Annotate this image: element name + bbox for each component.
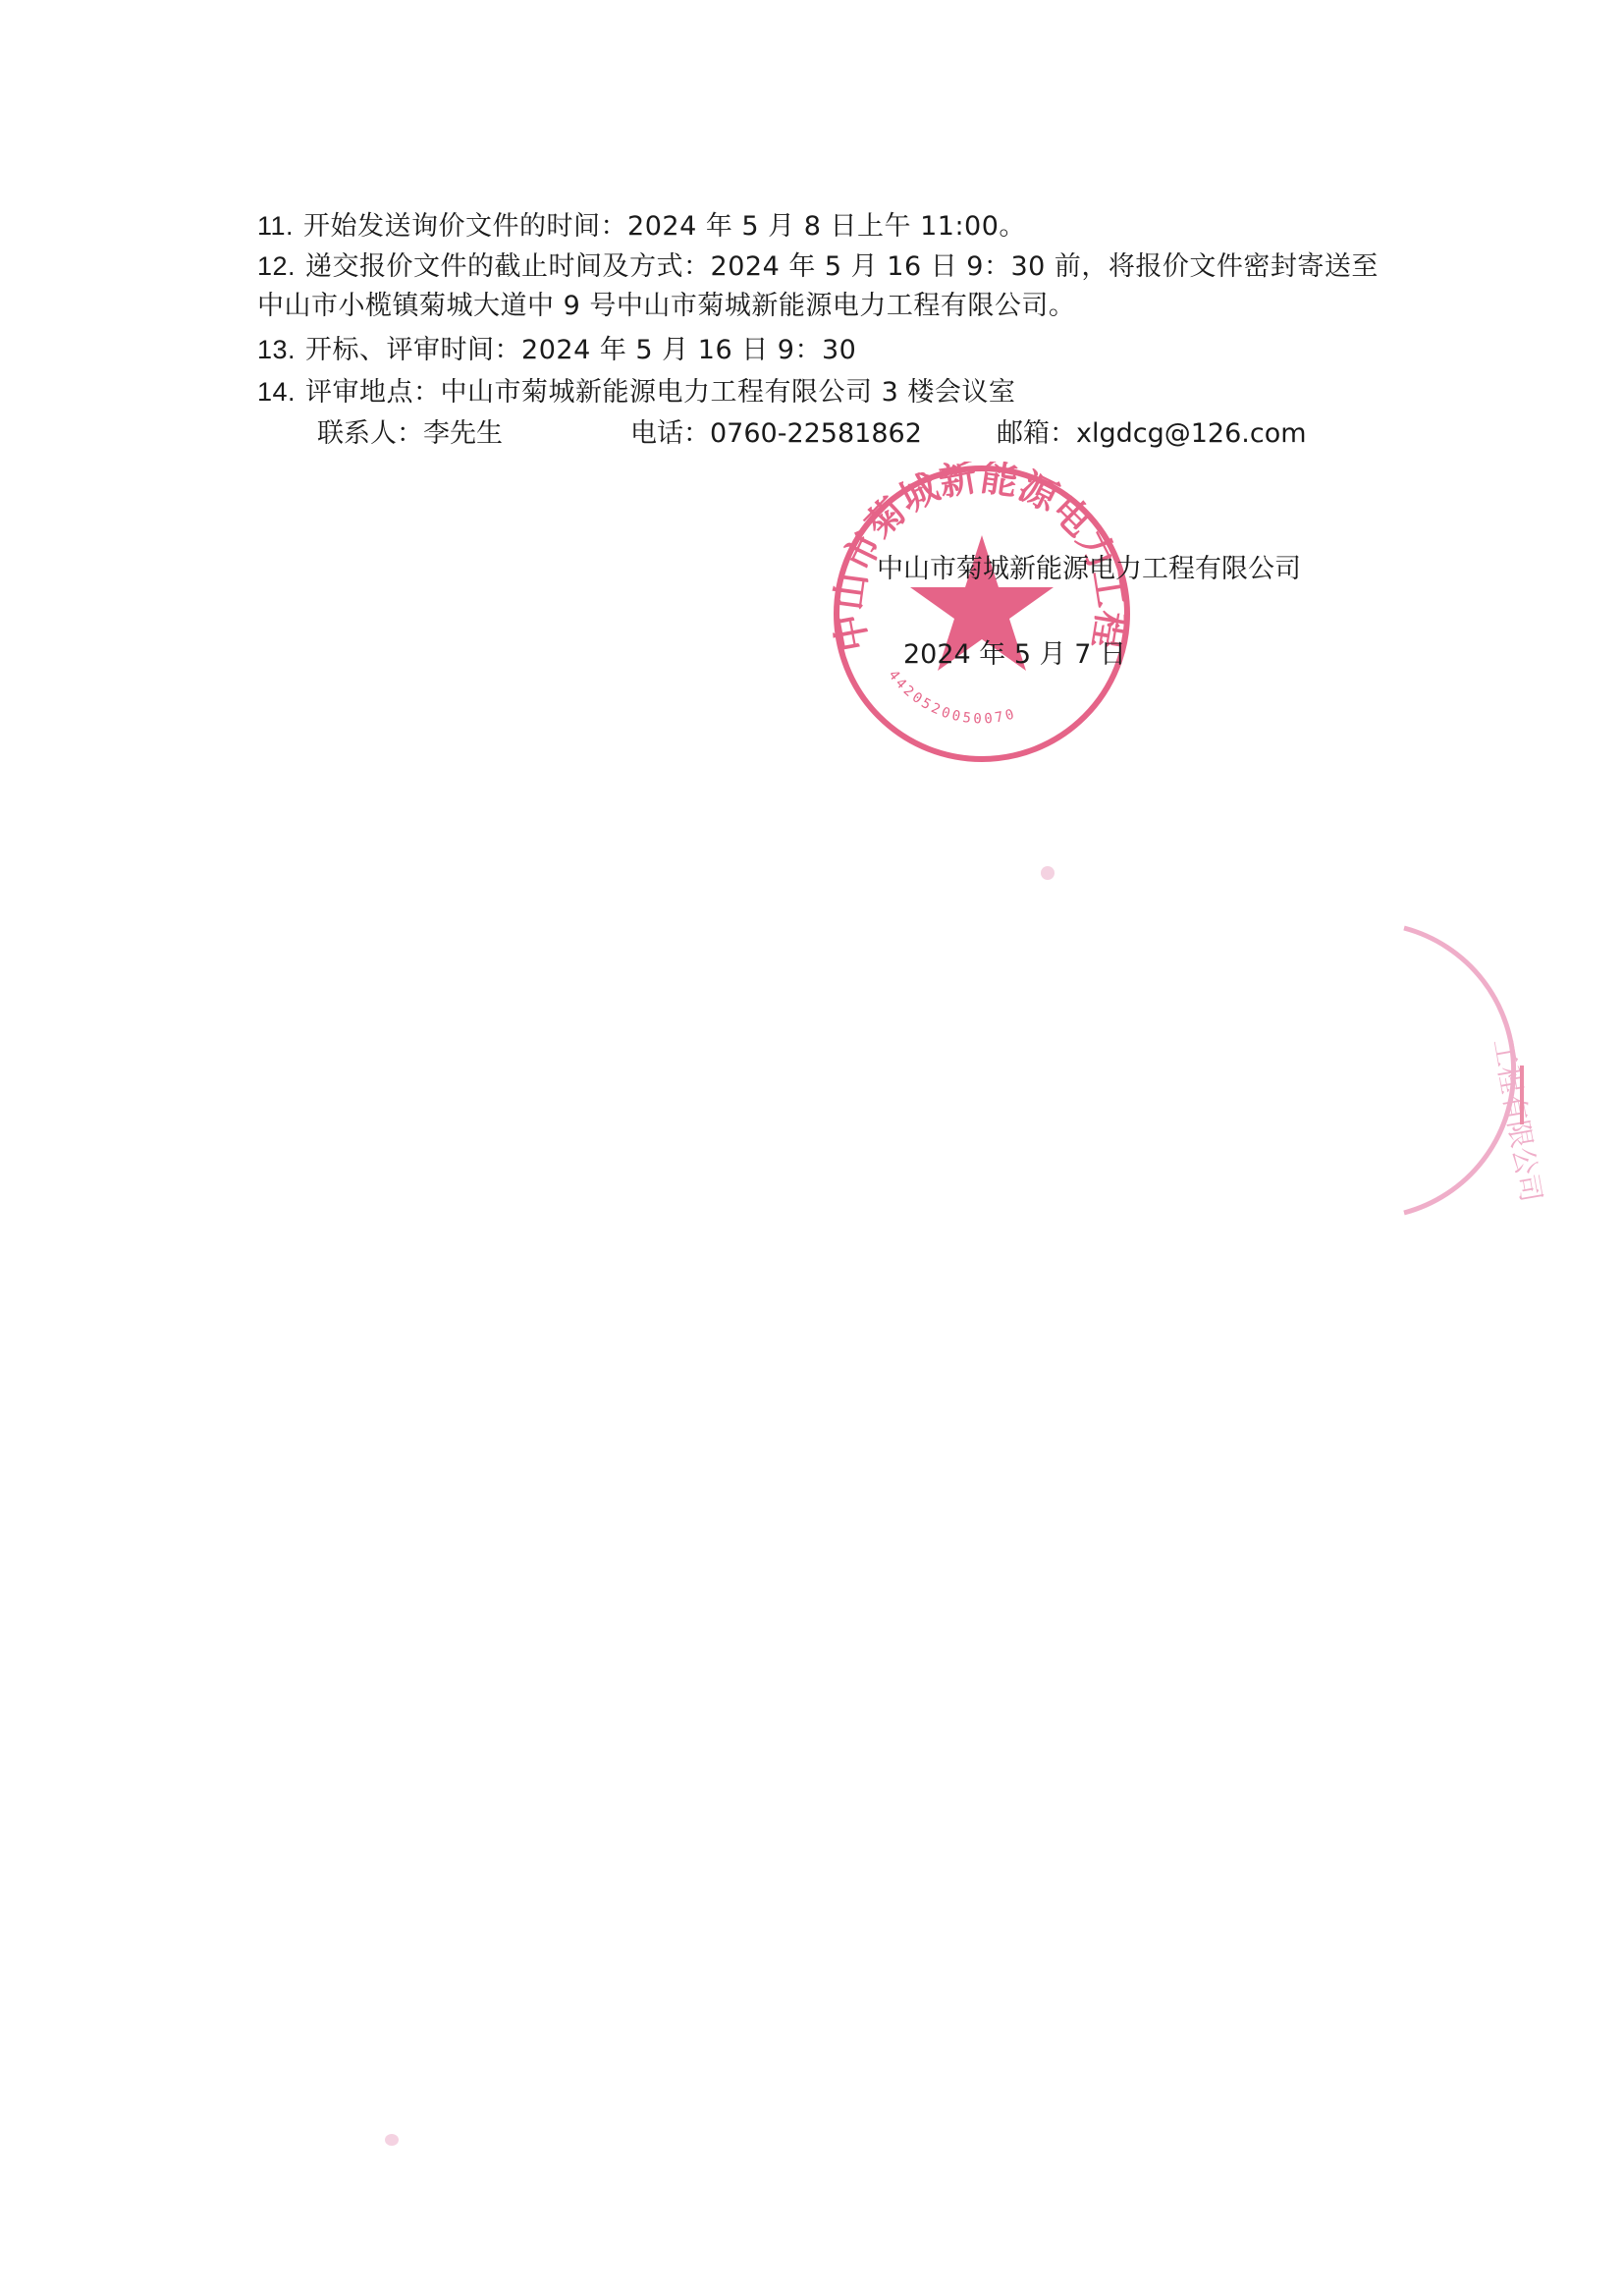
contact-email: 邮箱：xlgdcg@126.com — [997, 417, 1307, 451]
item-14: 14.评审地点：中山市菊城新能源电力工程有限公司 3 楼会议室 — [257, 375, 1015, 410]
svg-text:4420520050070: 4420520050070 — [885, 668, 1018, 728]
item-text: 递交报价文件的截止时间及方式：2024 年 5 月 16 日 9：30 前，将报… — [305, 251, 1379, 282]
item-number: 13. — [257, 333, 296, 366]
item-number: 11. — [257, 209, 294, 243]
scan-speck — [1041, 866, 1055, 880]
signature-company: 中山市菊城新能源电力工程有限公司 — [877, 553, 1301, 586]
item-11: 11.开始发送询价文件的时间：2024 年 5 月 8 日上午 11:00。 — [257, 209, 1026, 244]
signature-date: 2024 年 5 月 7 日 — [903, 638, 1126, 672]
scan-speck — [385, 2134, 399, 2146]
svg-text:工程有限公司: 工程有限公司 — [1488, 1036, 1548, 1204]
item-12-continuation: 中山市小榄镇菊城大道中 9 号中山市菊城新能源电力工程有限公司。 — [257, 290, 1075, 323]
item-text: 开始发送询价文件的时间：2024 年 5 月 8 日上午 11:00。 — [303, 211, 1026, 242]
company-seal-icon: 中山市菊城新能源电力工程有限公司 4420520050070 — [830, 462, 1134, 766]
item-text: 中山市小榄镇菊城大道中 9 号中山市菊城新能源电力工程有限公司。 — [257, 291, 1075, 321]
contact-person: 联系人：李先生 — [317, 417, 503, 451]
item-text: 评审地点：中山市菊城新能源电力工程有限公司 3 楼会议室 — [305, 377, 1015, 408]
item-12: 12.递交报价文件的截止时间及方式：2024 年 5 月 16 日 9：30 前… — [257, 249, 1379, 284]
item-number: 14. — [257, 375, 296, 409]
item-number: 12. — [257, 249, 296, 283]
partial-seal-icon: 工程有限公司 — [1394, 918, 1623, 1232]
item-text: 开标、评审时间：2024 年 5 月 16 日 9：30 — [305, 335, 856, 365]
contact-phone: 电话：0760-22581862 — [630, 417, 922, 451]
item-13: 13.开标、评审时间：2024 年 5 月 16 日 9：30 — [257, 333, 856, 367]
